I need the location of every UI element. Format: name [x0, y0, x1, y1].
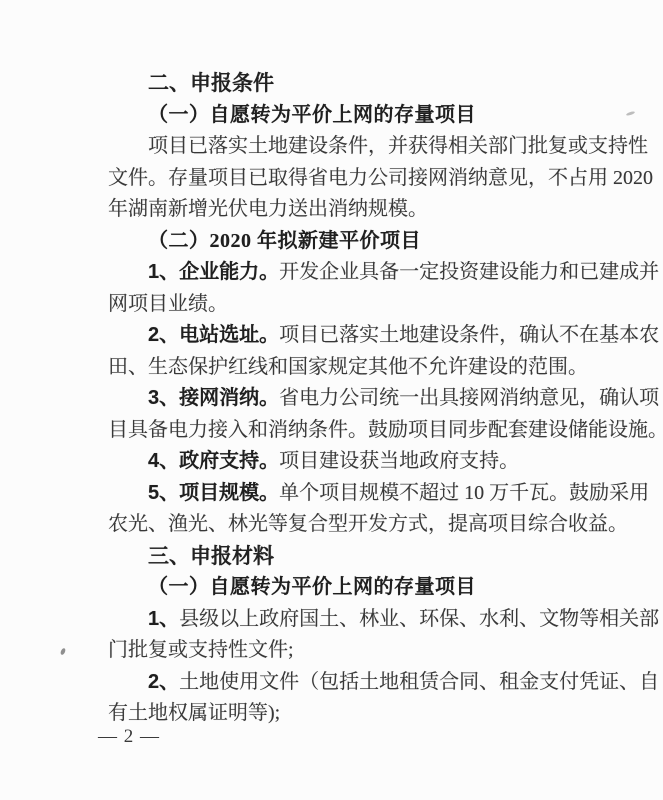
item-label: 2、电站选址。 [148, 324, 279, 346]
item-text: 单个项目规模不超过 10 万千瓦。鼓励采用 [279, 482, 649, 504]
paragraph-line: 目具备电力接入和消纳条件。鼓励项目同步配套建设储能设施。 [108, 415, 638, 447]
list-item-line: 4、政府支持。项目建设获当地政府支持。 [108, 446, 638, 478]
item-text: 县级以上政府国土、林业、环保、水利、文物等相关部 [179, 608, 659, 630]
paragraph-line: 网项目业绩。 [108, 289, 638, 321]
item-label: 2、 [148, 671, 179, 693]
item-text: 项目已落实土地建设条件，确认不在基本农 [279, 324, 659, 346]
subsection-heading-3-1: （一）自愿转为平价上网的存量项目 [108, 572, 638, 604]
document-body: 二、申报条件 （一）自愿转为平价上网的存量项目 项目已落实土地建设条件，并获得相… [108, 68, 638, 730]
subsection-heading-2-1: （一）自愿转为平价上网的存量项目 [108, 100, 638, 132]
item-text: 项目建设获当地政府支持。 [279, 450, 519, 472]
scanned-document-page: 二、申报条件 （一）自愿转为平价上网的存量项目 项目已落实土地建设条件，并获得相… [0, 0, 663, 800]
list-item-line: 1、县级以上政府国土、林业、环保、水利、文物等相关部 [108, 604, 638, 636]
page-number: — 2 — [98, 726, 160, 748]
paragraph-line: 有土地权属证明等); [108, 698, 638, 730]
item-label: 1、 [148, 608, 179, 630]
list-item-line: 2、电站选址。项目已落实土地建设条件，确认不在基本农 [108, 320, 638, 352]
list-item-line: 2、土地使用文件（包括土地租赁合同、租金支付凭证、自 [108, 667, 638, 699]
list-item-line: 1、企业能力。开发企业具备一定投资建设能力和已建成并 [108, 257, 638, 289]
list-item-line: 3、接网消纳。省电力公司统一出具接网消纳意见，确认项 [108, 383, 638, 415]
item-label: 4、政府支持。 [148, 450, 279, 472]
item-text: 省电力公司统一出具接网消纳意见，确认项 [279, 387, 659, 409]
item-text: 土地使用文件（包括土地租赁合同、租金支付凭证、自 [179, 671, 659, 693]
paragraph-line: 田、生态保护红线和国家规定其他不允许建设的范围。 [108, 352, 638, 384]
paragraph-line: 门批复或支持性文件; [108, 635, 638, 667]
section-heading-3: 三、申报材料 [108, 541, 638, 573]
item-label: 1、企业能力。 [148, 261, 279, 283]
item-label: 5、项目规模。 [148, 482, 279, 504]
paragraph-line: 农光、渔光、林光等复合型开发方式，提高项目综合收益。 [108, 509, 638, 541]
section-heading-2: 二、申报条件 [108, 68, 638, 100]
paragraph-line: 年湖南新增光伏电力送出消纳规模。 [108, 194, 638, 226]
item-text: 开发企业具备一定投资建设能力和已建成并 [279, 261, 659, 283]
paragraph-line: 文件。存量项目已取得省电力公司接网消纳意见，不占用 2020 [108, 163, 638, 195]
item-label: 3、接网消纳。 [148, 387, 279, 409]
subsection-heading-2-2: （二）2020 年拟新建平价项目 [108, 226, 638, 258]
scan-speck [60, 647, 67, 655]
paragraph-line: 项目已落实土地建设条件，并获得相关部门批复或支持性 [108, 131, 638, 163]
list-item-line: 5、项目规模。单个项目规模不超过 10 万千瓦。鼓励采用 [108, 478, 638, 510]
